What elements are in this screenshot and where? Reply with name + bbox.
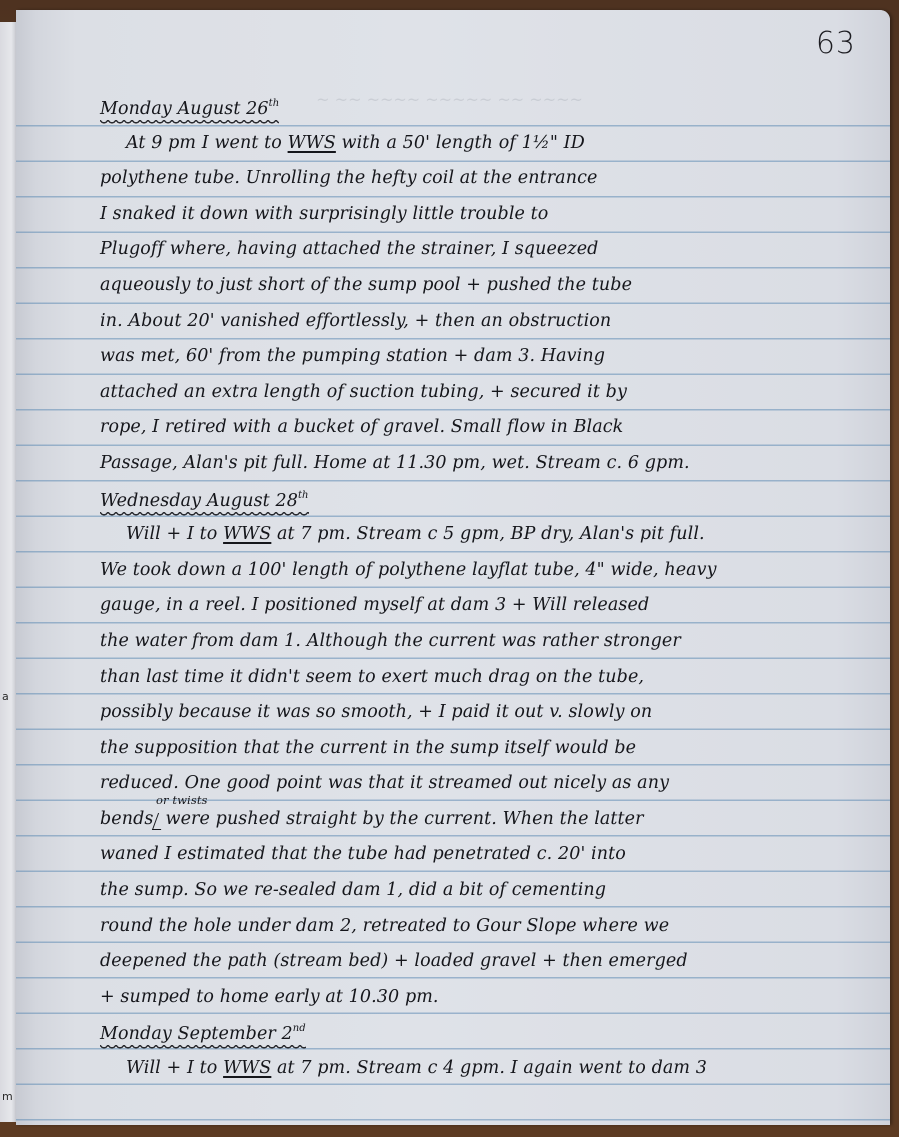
text-line: We took down a 100' length of polythene … bbox=[100, 553, 880, 589]
text-span: Plugoff where, having attached the strai… bbox=[100, 239, 598, 259]
text-line: At 9 pm I went to WWS with a 50' length … bbox=[100, 126, 880, 162]
text-span: + sumped to home early at 10.30 pm. bbox=[100, 987, 439, 1007]
notebook-page: ~ ~~ ~~~~ ~~~~~ ~~ ~~~~ 63 Monday August… bbox=[16, 10, 890, 1125]
text-line: in. About 20' vanished effortlessly, + t… bbox=[100, 304, 880, 340]
entry-date-line: Monday September 2nd bbox=[100, 1015, 880, 1051]
text-span: We took down a 100' length of polythene … bbox=[100, 560, 717, 580]
text-span: waned I estimated that the tube had pene… bbox=[100, 844, 626, 864]
text-span: attached an extra length of suction tubi… bbox=[100, 382, 627, 402]
text-span: were pushed straight by the current. Whe… bbox=[166, 809, 644, 829]
text-line: bendswere pushed straight by the current… bbox=[100, 802, 880, 838]
text-span: gauge, in a reel. I positioned myself at… bbox=[100, 595, 649, 615]
text-line: the water from dam 1. Although the curre… bbox=[100, 624, 880, 660]
entry-date-line: Wednesday August 28th bbox=[100, 482, 880, 518]
date-ordinal-suffix: th bbox=[269, 98, 280, 109]
handwritten-insertion: or twists bbox=[156, 794, 208, 806]
date-text: Wednesday August 28 bbox=[100, 491, 298, 511]
text-span: at 7 pm. Stream c 5 gpm, BP dry, Alan's … bbox=[271, 524, 704, 544]
text-span: than last time it didn't seem to exert m… bbox=[100, 667, 644, 687]
text-span: I snaked it down with surprisingly littl… bbox=[100, 204, 548, 224]
text-line: attached an extra length of suction tubi… bbox=[100, 375, 880, 411]
date-ordinal-suffix: nd bbox=[293, 1023, 306, 1034]
journal-text: Monday August 26thAt 9 pm I went to WWS … bbox=[100, 90, 880, 1087]
text-span: the water from dam 1. Although the curre… bbox=[100, 631, 681, 651]
text-line: round the hole under dam 2, retreated to… bbox=[100, 909, 880, 945]
entry-date-heading: Wednesday August 28th bbox=[100, 490, 309, 519]
text-span: polythene tube. Unrolling the hefty coil… bbox=[100, 168, 597, 188]
text-span: At 9 pm I went to bbox=[126, 133, 288, 153]
text-line: deepened the path (stream bed) + loaded … bbox=[100, 944, 880, 980]
text-line: than last time it didn't seem to exert m… bbox=[100, 660, 880, 696]
text-line: aqueously to just short of the sump pool… bbox=[100, 268, 880, 304]
text-line: waned I estimated that the tube had pene… bbox=[100, 837, 880, 873]
text-line: gauge, in a reel. I positioned myself at… bbox=[100, 588, 880, 624]
text-span: reduced. One good point was that it stre… bbox=[100, 773, 669, 793]
text-line: the supposition that the current in the … bbox=[100, 731, 880, 767]
text-line: Plugoff where, having attached the strai… bbox=[100, 232, 880, 268]
text-span: rope, I retired with a bucket of gravel.… bbox=[100, 417, 623, 437]
text-span: possibly because it was so smooth, + I p… bbox=[100, 702, 652, 722]
text-span: the sump. So we re-sealed dam 1, did a b… bbox=[100, 880, 606, 900]
text-span: deepened the path (stream bed) + loaded … bbox=[100, 951, 688, 971]
margin-mark: m bbox=[2, 1090, 13, 1103]
text-span: Passage, Alan's pit full. Home at 11.30 … bbox=[100, 453, 690, 473]
page-number: 63 bbox=[816, 26, 856, 61]
text-span: the supposition that the current in the … bbox=[100, 738, 636, 758]
margin-mark: a bbox=[2, 690, 9, 703]
text-line: reduced. One good point was that it stre… bbox=[100, 766, 880, 802]
date-ordinal-suffix: th bbox=[298, 490, 309, 501]
text-span: aqueously to just short of the sump pool… bbox=[100, 275, 632, 295]
text-line: was met, 60' from the pumping station + … bbox=[100, 339, 880, 375]
text-line: Passage, Alan's pit full. Home at 11.30 … bbox=[100, 446, 880, 482]
text-line: Will + I to WWS at 7 pm. Stream c 5 gpm,… bbox=[100, 517, 880, 553]
text-span: round the hole under dam 2, retreated to… bbox=[100, 916, 669, 936]
text-span: in. About 20' vanished effortlessly, + t… bbox=[100, 311, 611, 331]
text-line: I snaked it down with surprisingly littl… bbox=[100, 197, 880, 233]
text-line: Will + I to WWS at 7 pm. Stream c 4 gpm.… bbox=[100, 1051, 880, 1087]
text-span: at 7 pm. Stream c 4 gpm. I again went to… bbox=[271, 1058, 707, 1078]
entry-date-heading: Monday September 2nd bbox=[100, 1023, 306, 1052]
text-line: the sump. So we re-sealed dam 1, did a b… bbox=[100, 873, 880, 909]
text-span: bends bbox=[100, 809, 154, 829]
underlined-place-name: WWS bbox=[223, 1058, 271, 1078]
text-span: Will + I to bbox=[126, 1058, 223, 1078]
underlined-place-name: WWS bbox=[223, 524, 271, 544]
date-text: Monday September 2 bbox=[100, 1024, 293, 1044]
text-span: with a 50' length of 1½" ID bbox=[336, 133, 585, 153]
facing-page-edge: a m bbox=[0, 22, 17, 1122]
text-line: rope, I retired with a bucket of gravel.… bbox=[100, 410, 880, 446]
text-span: was met, 60' from the pumping station + … bbox=[100, 346, 605, 366]
text-line: + sumped to home early at 10.30 pm. bbox=[100, 980, 880, 1016]
text-line: polythene tube. Unrolling the hefty coil… bbox=[100, 161, 880, 197]
date-text: Monday August 26 bbox=[100, 99, 269, 119]
text-span: Will + I to bbox=[126, 524, 223, 544]
entry-date-line: Monday August 26th bbox=[100, 90, 880, 126]
text-line: possibly because it was so smooth, + I p… bbox=[100, 695, 880, 731]
entry-date-heading: Monday August 26th bbox=[100, 98, 279, 127]
underlined-place-name: WWS bbox=[288, 133, 336, 153]
